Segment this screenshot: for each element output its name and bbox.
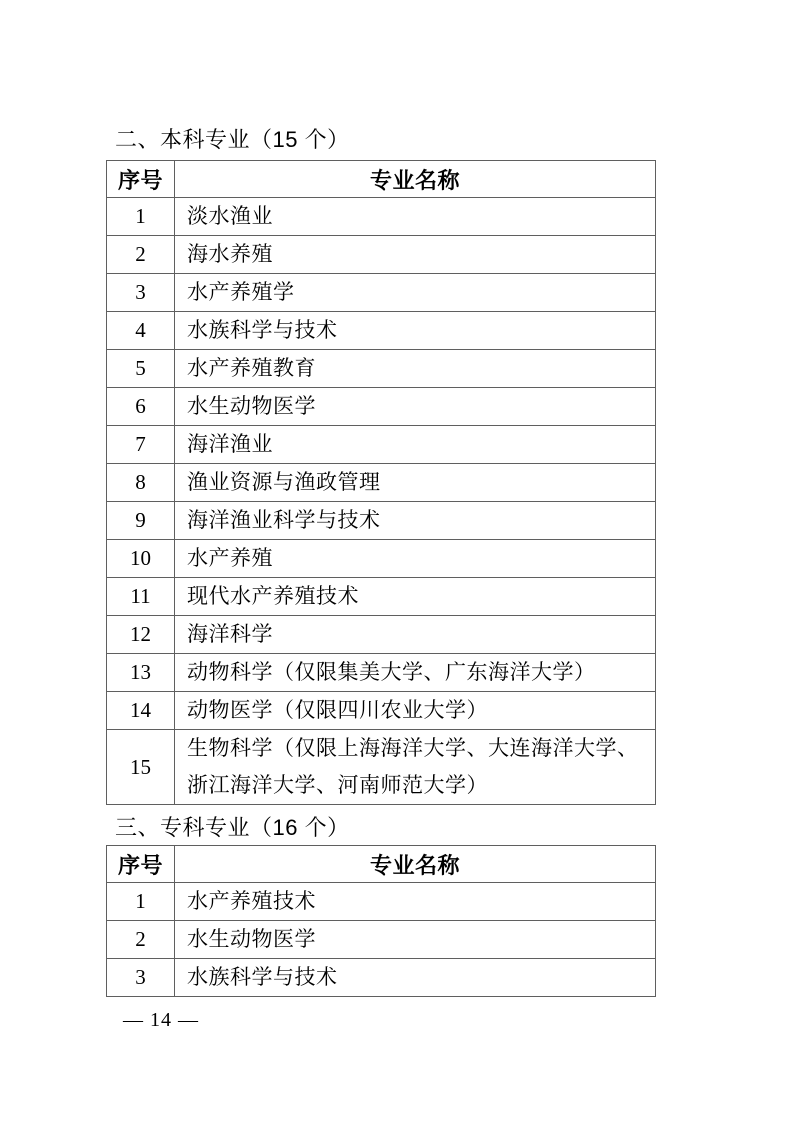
table-row: 11 现代水产养殖技术 — [107, 578, 656, 616]
serial-number-cell: 13 — [107, 654, 175, 692]
serial-number-cell: 4 — [107, 312, 175, 350]
serial-number-cell: 1 — [107, 198, 175, 236]
page-content: 二、本科专业（15 个） 序号 专业名称 1 — [106, 127, 656, 997]
page-number: — 14 — — [123, 1008, 199, 1032]
major-name-cell: 水产养殖 — [175, 540, 656, 578]
major-name-cell: 动物科学（仅限集美大学、广东海洋大学） — [175, 654, 656, 692]
table-row: 6 水生动物医学 — [107, 388, 656, 426]
table-row: 12 海洋科学 — [107, 616, 656, 654]
serial-number-cell: 7 — [107, 426, 175, 464]
vocational-section-heading: 三、专科专业（16 个） — [115, 815, 656, 841]
vocational-majors-table: 序号 专业名称 1 水产养殖技术 2 水生动物医学 — [106, 845, 656, 997]
table-body: 1 水产养殖技术 2 水生动物医学 3 水族科学与技术 — [107, 883, 656, 997]
serial-number-cell: 5 — [107, 350, 175, 388]
serial-number-cell: 2 — [107, 236, 175, 274]
major-name-cell: 水产养殖技术 — [175, 883, 656, 921]
serial-number-cell: 3 — [107, 274, 175, 312]
header-row: 序号 专业名称 — [107, 161, 656, 198]
document-page: 二、本科专业（15 个） 序号 专业名称 1 — [0, 0, 793, 1122]
serial-number-cell: 12 — [107, 616, 175, 654]
serial-number-cell: 9 — [107, 502, 175, 540]
table-row: 2 海水养殖 — [107, 236, 656, 274]
major-name-cell: 水族科学与技术 — [175, 959, 656, 997]
major-name-cell: 生物科学（仅限上海海洋大学、大连海洋大学、浙江海洋大学、河南师范大学） — [175, 730, 656, 805]
table-row: 1 水产养殖技术 — [107, 883, 656, 921]
table-row: 9 海洋渔业科学与技术 — [107, 502, 656, 540]
table-row: 3 水族科学与技术 — [107, 959, 656, 997]
table-body: 1 淡水渔业 2 海水养殖 3 水产养殖学 — [107, 198, 656, 805]
table-row: 8 渔业资源与渔政管理 — [107, 464, 656, 502]
major-name-cell: 水产养殖学 — [175, 274, 656, 312]
column-header-serial-no: 序号 — [107, 846, 175, 883]
major-name-cell: 渔业资源与渔政管理 — [175, 464, 656, 502]
serial-number-cell: 14 — [107, 692, 175, 730]
table-row: 10 水产养殖 — [107, 540, 656, 578]
serial-number-cell: 10 — [107, 540, 175, 578]
table-row: 13 动物科学（仅限集美大学、广东海洋大学） — [107, 654, 656, 692]
major-name-cell: 海洋渔业 — [175, 426, 656, 464]
table-row: 7 海洋渔业 — [107, 426, 656, 464]
table-row: 14 动物医学（仅限四川农业大学） — [107, 692, 656, 730]
header-row: 序号 专业名称 — [107, 846, 656, 883]
serial-number-cell: 11 — [107, 578, 175, 616]
column-header-major-name: 专业名称 — [175, 161, 656, 198]
undergraduate-majors-table: 序号 专业名称 1 淡水渔业 2 海水养殖 — [106, 160, 656, 805]
undergraduate-section-heading: 二、本科专业（15 个） — [115, 127, 656, 153]
section-undergraduate-majors: 二、本科专业（15 个） 序号 专业名称 1 — [106, 127, 656, 805]
serial-number-cell: 8 — [107, 464, 175, 502]
major-name-cell: 水生动物医学 — [175, 921, 656, 959]
table-row: 2 水生动物医学 — [107, 921, 656, 959]
serial-number-cell: 2 — [107, 921, 175, 959]
major-name-cell: 水产养殖教育 — [175, 350, 656, 388]
major-name-cell: 海洋渔业科学与技术 — [175, 502, 656, 540]
table-row: 1 淡水渔业 — [107, 198, 656, 236]
table-head: 序号 专业名称 — [107, 846, 656, 883]
major-name-cell: 淡水渔业 — [175, 198, 656, 236]
table-head: 序号 专业名称 — [107, 161, 656, 198]
major-name-cell: 水生动物医学 — [175, 388, 656, 426]
major-name-cell: 现代水产养殖技术 — [175, 578, 656, 616]
major-name-cell: 海洋科学 — [175, 616, 656, 654]
major-name-cell: 水族科学与技术 — [175, 312, 656, 350]
table-row: 4 水族科学与技术 — [107, 312, 656, 350]
major-name-cell: 海水养殖 — [175, 236, 656, 274]
column-header-serial-no: 序号 — [107, 161, 175, 198]
column-header-major-name: 专业名称 — [175, 846, 656, 883]
major-name-cell: 动物医学（仅限四川农业大学） — [175, 692, 656, 730]
table-row: 15 生物科学（仅限上海海洋大学、大连海洋大学、浙江海洋大学、河南师范大学） — [107, 730, 656, 805]
table-row: 3 水产养殖学 — [107, 274, 656, 312]
serial-number-cell: 15 — [107, 730, 175, 805]
serial-number-cell: 1 — [107, 883, 175, 921]
table-row: 5 水产养殖教育 — [107, 350, 656, 388]
serial-number-cell: 3 — [107, 959, 175, 997]
section-vocational-majors: 三、专科专业（16 个） 序号 专业名称 1 — [106, 815, 656, 997]
serial-number-cell: 6 — [107, 388, 175, 426]
